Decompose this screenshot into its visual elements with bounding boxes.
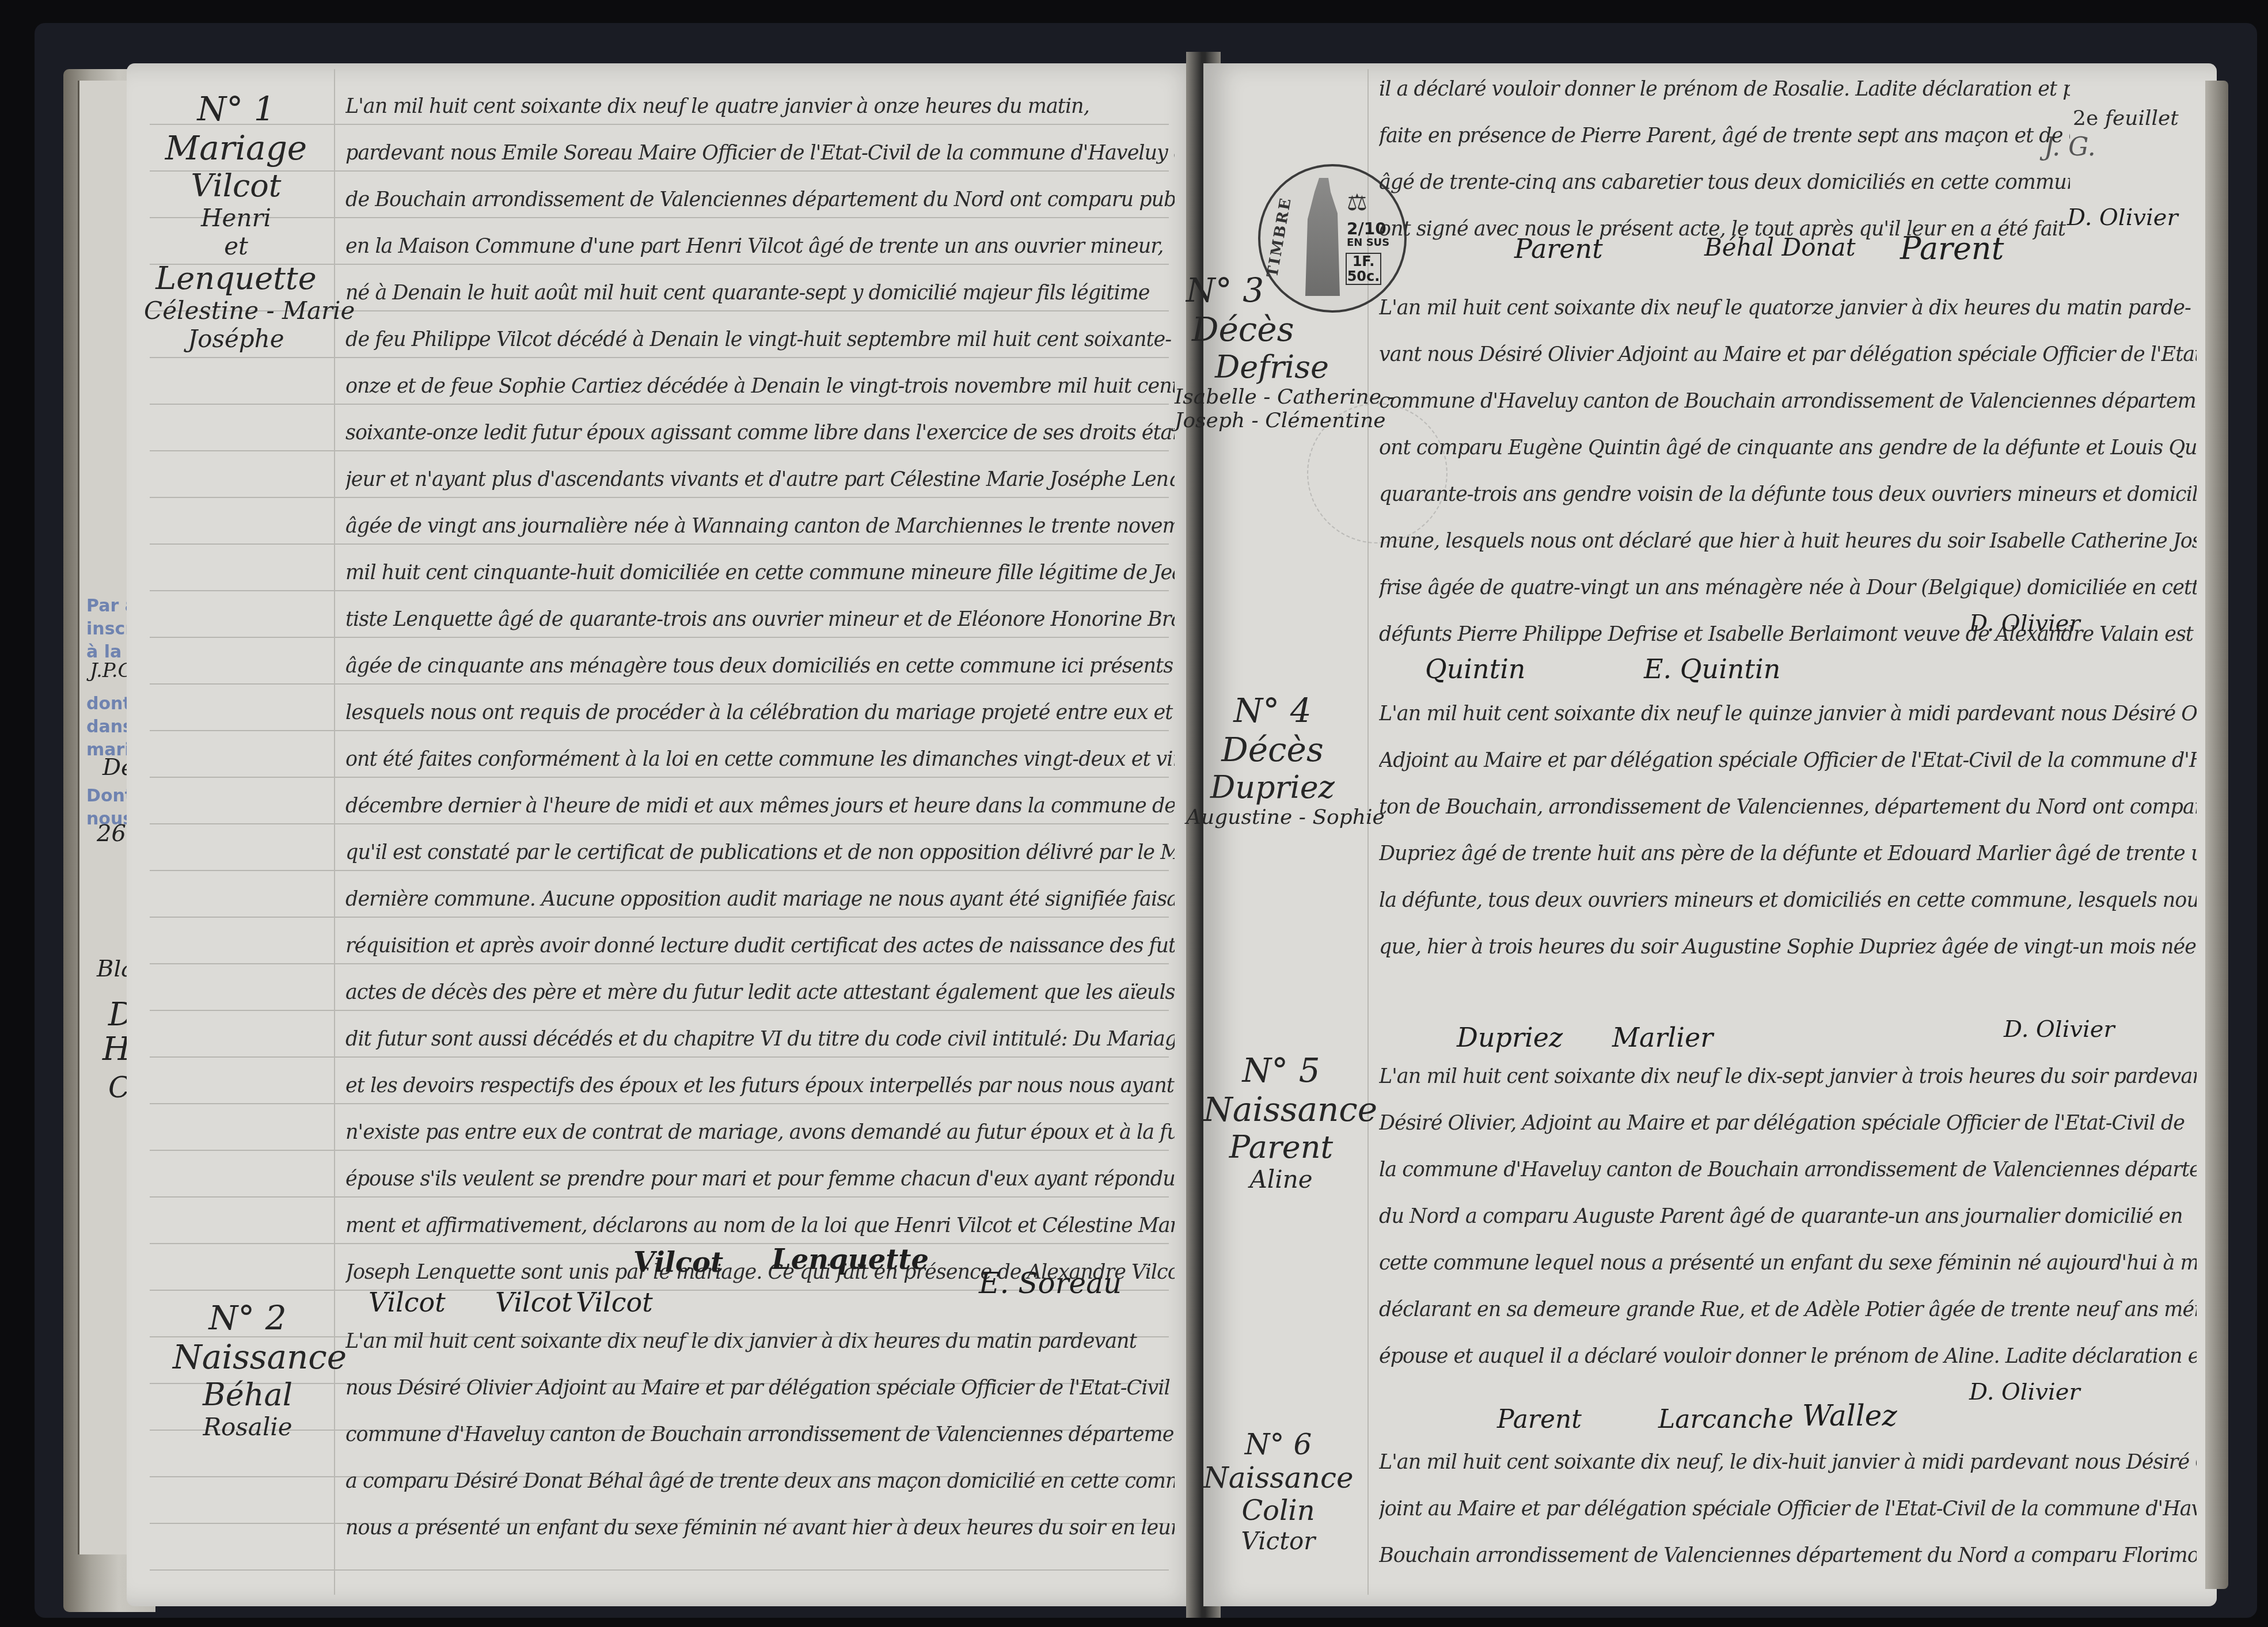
- body-line: déclarant en sa demeure grande Rue, et d…: [1379, 1287, 2197, 1333]
- margin-entry-4: N° 4 Décès Dupriez Augustine - Sophie: [1186, 691, 1359, 829]
- entry-given-name: Augustine - Sophie: [1186, 805, 1359, 829]
- body-line: dit futur sont aussi décédés et du chapi…: [345, 1016, 1175, 1063]
- body-line: Désiré Olivier, Adjoint au Maire et par …: [1379, 1100, 2197, 1147]
- body-line: épouse s'ils veulent se prendre pour mar…: [345, 1156, 1175, 1203]
- body-line: cette commune lequel nous a présenté un …: [1379, 1240, 2197, 1287]
- body-line: mil huit cent cinquante-huit domiciliée …: [345, 550, 1175, 596]
- entry-given-name: Rosalie: [173, 1413, 322, 1441]
- sheet-word: feuillet: [2105, 107, 2179, 130]
- entry-type: Décès: [1186, 730, 1359, 769]
- body-line: qu'il est constaté par le certificat de …: [345, 830, 1175, 876]
- entry-3-body: L'an mil huit cent soixante dix neuf le …: [1379, 285, 2197, 658]
- entry-number: N° 3: [1175, 271, 1365, 310]
- body-line: réquisition et après avoir donné lecture…: [345, 923, 1175, 970]
- entry-given-name: Isabelle - Catherine -: [1175, 385, 1365, 409]
- entry-conjunction: et: [144, 232, 328, 260]
- page-stack-right-edge: [2205, 81, 2228, 1589]
- body-line: commune d'Haveluy canton de Bouchain arr…: [345, 1412, 1175, 1458]
- body-line: Adjoint au Maire et par délégation spéci…: [1379, 738, 2197, 784]
- entry-number: N° 4: [1186, 691, 1359, 730]
- body-line: L'an mil huit cent soixante dix neuf le …: [345, 83, 1175, 130]
- body-line: L'an mil huit cent soixante dix neuf le …: [1379, 691, 2197, 738]
- entry-surname: Dupriez: [1186, 769, 1359, 805]
- entry-surname: Defrise: [1175, 349, 1365, 385]
- stamp-price-franc: 1F.: [1347, 254, 1380, 269]
- sheet-number: 2e: [2073, 107, 2098, 130]
- entry-number: N° 6: [1203, 1428, 1353, 1461]
- signature-witness: Larcanche: [1658, 1405, 1794, 1434]
- body-line: en la Maison Commune d'une part Henri Vi…: [345, 223, 1175, 270]
- body-line: ont comparu Eugène Quintin âgé de cinqua…: [1379, 425, 2197, 472]
- signature-witness: Vilcot: [576, 1287, 653, 1318]
- scales-of-justice-icon: ⚖: [1347, 189, 1367, 216]
- entry-given-name: Joseph - Clémentine: [1175, 409, 1365, 432]
- body-line: a comparu Désiré Donat Béhal âgé de tren…: [345, 1458, 1175, 1505]
- entry-given-name: Victor: [1203, 1527, 1353, 1555]
- entry-number: N° 2: [173, 1298, 322, 1337]
- signature-groom: Vilcot: [633, 1246, 723, 1279]
- entry-surname-2: Lenquette: [144, 260, 328, 296]
- body-line: et les devoirs respectifs des époux et l…: [345, 1063, 1175, 1109]
- body-line: né à Denain le huit août mil huit cent q…: [345, 270, 1175, 317]
- body-line: L'an mil huit cent soixante dix neuf le …: [345, 1318, 1175, 1365]
- body-line: lesquels nous ont requis de procéder à l…: [345, 690, 1175, 736]
- body-line: commune d'Haveluy canton de Bouchain arr…: [1379, 378, 2197, 425]
- entry-given-name-2: Célestine - Marie: [144, 296, 328, 325]
- signature-witness: Parent: [1514, 233, 1603, 264]
- body-line: Bouchain arrondissement de Valenciennes …: [1379, 1533, 2197, 1579]
- signature-adjoint: D. Olivier: [1969, 1379, 2080, 1405]
- body-line: de Bouchain arrondissement de Valencienn…: [345, 177, 1175, 223]
- body-line: tiste Lenquette âgé de quarante-trois an…: [345, 596, 1175, 643]
- continuation-body: il a déclaré vouloir donner le prénom de…: [1379, 66, 2070, 253]
- body-line: joint au Maire et par délégation spécial…: [1379, 1486, 2197, 1533]
- stamp-label: TIMBRE: [1264, 195, 1295, 279]
- signature-witness: Parent: [1900, 230, 2004, 267]
- margin-entry-5: N° 5 Naissance Parent Aline: [1203, 1051, 1359, 1193]
- signature-witness: Vilcot: [495, 1287, 572, 1318]
- entry-surname: Colin: [1203, 1495, 1353, 1527]
- body-line: nous Désiré Olivier Adjoint au Maire et …: [345, 1365, 1175, 1412]
- body-line: la commune d'Haveluy canton de Bouchain …: [1379, 1147, 2197, 1193]
- body-line: L'an mil huit cent soixante dix neuf, le…: [1379, 1439, 2197, 1486]
- body-line: du Nord a comparu Auguste Parent âgé de …: [1379, 1193, 2197, 1240]
- entry-surname: Parent: [1203, 1129, 1359, 1165]
- sheet-label: 2e feuillet: [2073, 107, 2179, 130]
- entry-given-name-2b: Joséphe: [144, 325, 328, 353]
- signature-witness: Marlier: [1612, 1022, 1713, 1053]
- signature-adjoint: D. Olivier: [2067, 204, 2178, 231]
- body-line: onze et de feue Sophie Cartiez décédée à…: [345, 363, 1175, 410]
- body-line: vant nous Désiré Olivier Adjoint au Mair…: [1379, 332, 2197, 378]
- body-line: actes de décès des père et mère du futur…: [345, 970, 1175, 1016]
- signature-adjoint: D. Olivier: [2004, 1016, 2115, 1043]
- body-line: épouse et auquel il a déclaré vouloir do…: [1379, 1333, 2197, 1380]
- signature-adjoint: D. Olivier: [1969, 610, 2080, 637]
- body-line: quarante-trois ans gendre voisin de la d…: [1379, 472, 2197, 518]
- entry-type: Décès: [1175, 310, 1365, 349]
- body-line: âgée de vingt ans journalière née à Wann…: [345, 503, 1175, 550]
- body-line: L'an mil huit cent soixante dix neuf le …: [1379, 1054, 2197, 1100]
- entry-given-name: Henri: [144, 204, 328, 232]
- body-line: de feu Philippe Vilcot décédé à Denain l…: [345, 317, 1175, 363]
- body-line: il a déclaré vouloir donner le prénom de…: [1379, 66, 2070, 113]
- body-line: faite en présence de Pierre Parent, âgé …: [1379, 113, 2070, 159]
- margin-entry-3: N° 3 Décès Defrise Isabelle - Catherine …: [1175, 271, 1365, 432]
- entry-4-body: L'an mil huit cent soixante dix neuf le …: [1379, 691, 2197, 971]
- entry-number: N° 1: [144, 89, 328, 128]
- margin-entry-2: N° 2 Naissance Béhal Rosalie: [173, 1298, 322, 1441]
- entry-type: Mariage: [144, 128, 328, 168]
- entry-given-name: Aline: [1203, 1165, 1359, 1193]
- body-line: ton de Bouchain, arrondissement de Valen…: [1379, 784, 2197, 831]
- signature-father: Béhal Donat: [1704, 233, 1856, 261]
- body-line: frise âgée de quatre-vingt un ans ménagè…: [1379, 565, 2197, 611]
- ruled-line: [150, 1569, 1169, 1571]
- entry-5-body: L'an mil huit cent soixante dix neuf le …: [1379, 1054, 2197, 1380]
- signature-father: Dupriez: [1457, 1022, 1563, 1053]
- body-line: ont été faites conformément à la loi en …: [345, 736, 1175, 783]
- entry-number: N° 5: [1203, 1051, 1359, 1090]
- entry-2-body: L'an mil huit cent soixante dix neuf le …: [345, 1318, 1175, 1552]
- body-line: âgée de cinquante ans ménagère tous deux…: [345, 643, 1175, 690]
- entry-type: Naissance: [1203, 1090, 1359, 1129]
- entry-surname: Béhal: [173, 1377, 322, 1413]
- body-line: n'existe pas entre eux de contrat de mar…: [345, 1109, 1175, 1156]
- entry-surname: Vilcot: [144, 168, 328, 204]
- signature-mayor: E. Soreau: [979, 1267, 1122, 1300]
- fragment-ink-note: 26: [97, 820, 126, 847]
- body-line: pardevant nous Emile Soreau Maire Offici…: [345, 130, 1175, 177]
- body-line: L'an mil huit cent soixante dix neuf le …: [1379, 285, 2197, 332]
- body-line: âgé de trente-cinq ans cabaretier tous d…: [1379, 159, 2070, 206]
- body-line: soixante-onze ledit futur époux agissant…: [345, 410, 1175, 457]
- body-line: Dupriez âgé de trente huit ans père de l…: [1379, 831, 2197, 877]
- signature-witness: Wallez: [1802, 1399, 1897, 1432]
- signature-father: Parent: [1497, 1405, 1582, 1434]
- entry-type: Naissance: [173, 1337, 322, 1377]
- body-line: que, hier à trois heures du soir Augusti…: [1379, 924, 2197, 971]
- body-line: mune, lesquels nous ont déclaré que hier…: [1379, 518, 2197, 565]
- body-line: jeur et n'ayant plus d'ascendants vivant…: [345, 457, 1175, 503]
- margin-entry-6: N° 6 Naissance Colin Victor: [1203, 1428, 1353, 1555]
- body-line: dernière commune. Aucune opposition audi…: [345, 876, 1175, 923]
- entry-6-body: L'an mil huit cent soixante dix neuf, le…: [1379, 1439, 2197, 1579]
- body-line: décembre dernier à l'heure de midi et au…: [345, 783, 1175, 830]
- signature-witness: Vilcot: [368, 1287, 446, 1318]
- signature-witness: Quintin: [1425, 653, 1526, 685]
- body-line: nous a présenté un enfant du sexe fémini…: [345, 1505, 1175, 1552]
- body-line: ment et affirmativement, déclarons au no…: [345, 1203, 1175, 1249]
- entry-type: Naissance: [1203, 1461, 1353, 1495]
- margin-entry-1: N° 1 Mariage Vilcot Henri et Lenquette C…: [144, 89, 328, 353]
- entry-1-body: L'an mil huit cent soixante dix neuf le …: [345, 83, 1175, 1296]
- body-line: la défunte, tous deux ouvriers mineurs e…: [1379, 877, 2197, 924]
- signature-witness: E. Quintin: [1644, 653, 1780, 685]
- signature-bride-father: Lenquette: [772, 1244, 929, 1276]
